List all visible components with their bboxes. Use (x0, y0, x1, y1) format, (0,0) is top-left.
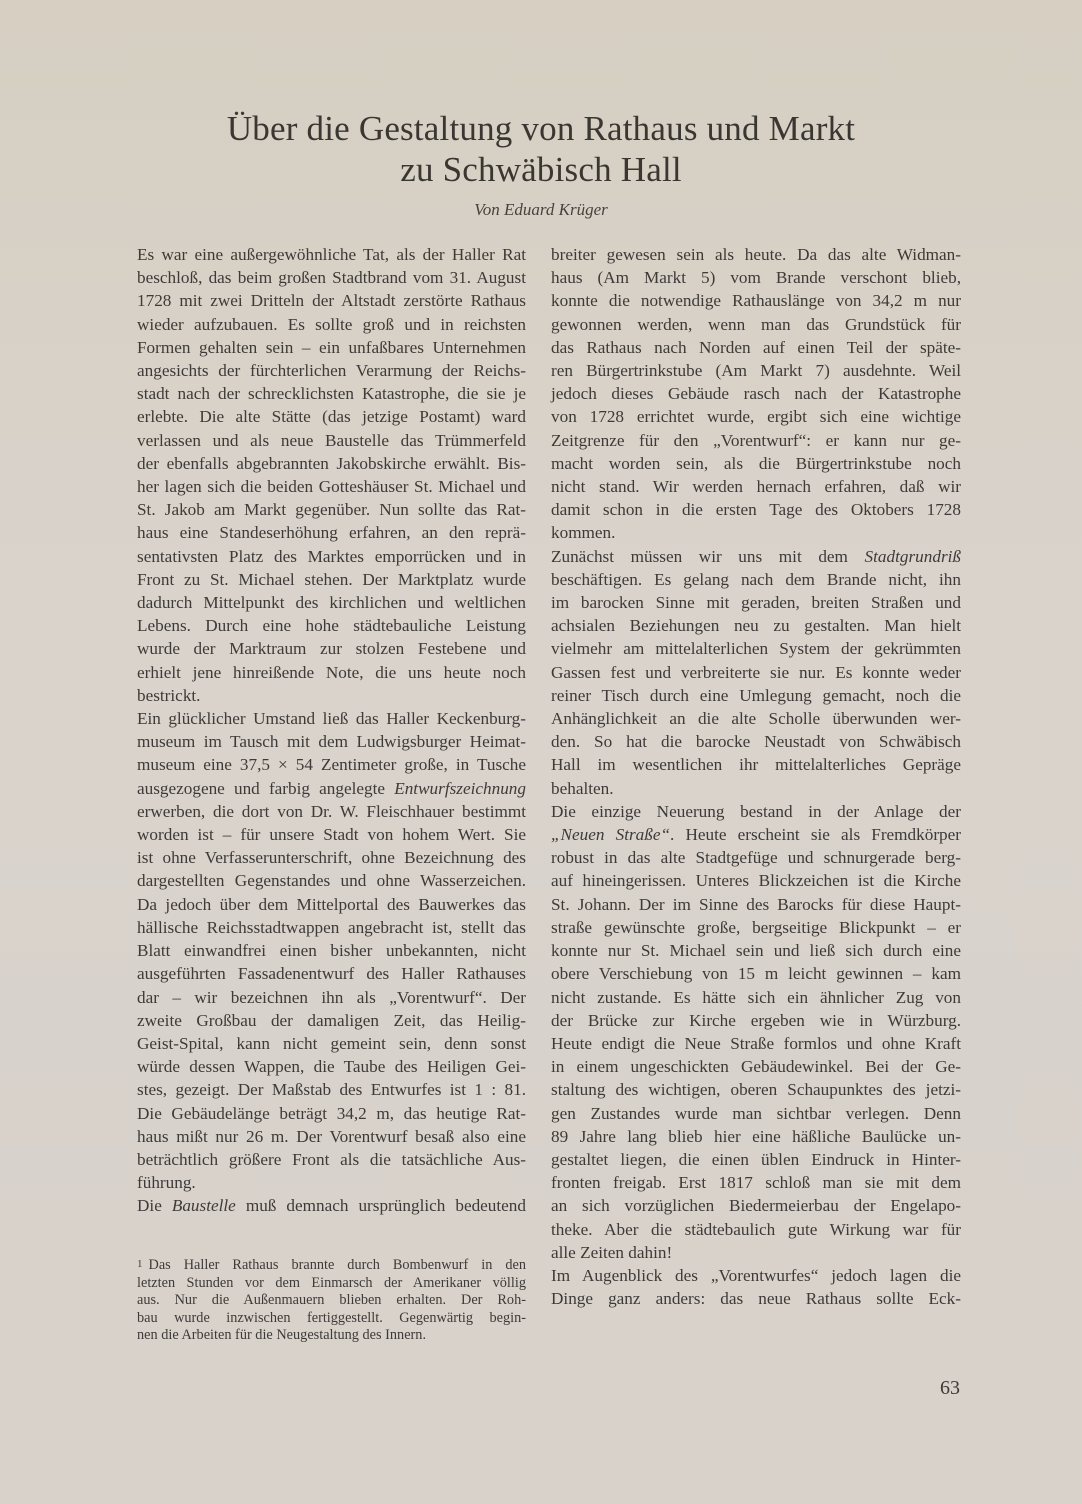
text-line: zweite Großbau der damaligen Zeit, das H… (137, 1009, 526, 1032)
text-line: führung. (137, 1171, 526, 1194)
text-line: von 1728 errichtet wurde, ergibt sich ei… (551, 405, 961, 428)
text-line: wieder aufzubauen. Es sollte groß und in… (137, 313, 526, 336)
text-line: erhielt jene hinreißende Note, die uns h… (137, 661, 526, 684)
text-line: wurde der Marktraum zur stolzen Festeben… (137, 637, 526, 660)
text-line: sentativsten Platz des Marktes emporrück… (137, 545, 526, 568)
text-line: fronten freigab. Erst 1817 schloß man si… (551, 1171, 961, 1194)
text-line: hällische Reichsstadtwappen angebracht i… (137, 916, 526, 939)
text-line: dargestellten Gegenstandes und ohne Wass… (137, 869, 526, 892)
text-line: macht worden sein, als die Bürgertrinkst… (551, 452, 961, 475)
text-line: gewonnen werden, wenn man das Grundstück… (551, 313, 961, 336)
text-line: breiter gewesen sein als heute. Da das a… (551, 243, 961, 266)
text-line: würde dessen Wappen, die Taube des Heili… (137, 1055, 526, 1078)
text-line: nicht zustande. Es hätte sich ein ähnlic… (551, 986, 961, 1009)
emphasis: Baustelle (172, 1196, 236, 1215)
text-line: dar – wir bezeichnen ihn als „Vorentwurf… (137, 986, 526, 1009)
footnote-marker: 1 (137, 1258, 143, 1270)
right-column-body-text: breiter gewesen sein als heute. Da das a… (551, 243, 961, 1310)
text-line: straße gewünschte große, bergseitige Bli… (551, 916, 961, 939)
text-line: vielmehr am mittelalterlichen System der… (551, 637, 961, 660)
text-line: den. So hat die barocke Neustadt von Sch… (551, 730, 961, 753)
emphasis: Entwurfszeichnung (394, 779, 526, 798)
text-line: „Neuen Straße“. Heute erscheint sie als … (551, 823, 961, 846)
text-line: haus (Am Markt 5) vom Brande verschont b… (551, 266, 961, 289)
text-line: Zunächst müssen wir uns mit dem Stadtgru… (551, 545, 961, 568)
text-line: alle Zeiten dahin! (551, 1241, 961, 1264)
text-line: Zeitgrenze für den „Vorentwurf“: er kann… (551, 429, 961, 452)
text-line: Formen gehalten sein – ein unfaßbares Un… (137, 336, 526, 359)
text-line: an sich vorzüglichen Biedermeierbau der … (551, 1194, 961, 1217)
text-line: nicht stand. Wir werden hernach erfahren… (551, 475, 961, 498)
text-line: Dinge ganz anders: das neue Rathaus soll… (551, 1287, 961, 1310)
text-line: museum eine 37,5 × 54 Zentimeter große, … (137, 753, 526, 776)
text-line: her lagen sich die beiden Gotteshäuser S… (137, 475, 526, 498)
footnote-line: letzten Stunden vor dem Einmarsch der Am… (137, 1275, 526, 1293)
text-line: Da jedoch über dem Mittelportal des Bauw… (137, 893, 526, 916)
left-column-body-text: Es war eine außergewöhnliche Tat, als de… (137, 243, 526, 1218)
text-line: Heute endigt die Neue Straße formlos und… (551, 1032, 961, 1055)
text-line: auf hineingerissen. Unteres Blickzeichen… (551, 869, 961, 892)
emphasis: Stadtgrundriß (865, 547, 961, 566)
text-line: Geist-Spital, kann nicht gemeint sein, d… (137, 1032, 526, 1055)
text-line: Im Augenblick des „Vorentwurfes“ jedoch … (551, 1264, 961, 1287)
text-line: ausgeführten Fassadenentwurf des Haller … (137, 962, 526, 985)
text-line: museum im Tausch mit dem Ludwigsburger H… (137, 730, 526, 753)
text-line: beträchtlich größere Front als die tatsä… (137, 1148, 526, 1171)
text-line: gen Zustandes wurde man sichtbar verlege… (551, 1102, 961, 1125)
emphasis: „Neuen Straße“ (551, 825, 670, 844)
text-line: Hall im wesentlichen ihr mittelalterlich… (551, 753, 961, 776)
text-line: stadt nach der schrecklichsten Katastrop… (137, 382, 526, 405)
text-line: verlassen und als neue Baustelle das Trü… (137, 429, 526, 452)
text-line: robust in das alte Stadtgefüge und schnu… (551, 846, 961, 869)
text-line: worden ist – für unsere Stadt von hohem … (137, 823, 526, 846)
text-line: angesichts der fürchterlichen Verarmung … (137, 359, 526, 382)
text-line: damit schon in die ersten Tage des Oktob… (551, 498, 961, 521)
text-line: gestaltet liegen, die einen üblen Eindru… (551, 1148, 961, 1171)
text-line: theke. Aber die städtebaulich gute Wirku… (551, 1218, 961, 1241)
text-line: Front zu St. Michael stehen. Der Marktpl… (137, 568, 526, 591)
text-line: ren Bürgertrinkstube (Am Markt 7) ausdeh… (551, 359, 961, 382)
footnote: 1Das Haller Rathaus brannte durch Bomben… (137, 1256, 526, 1345)
text-line: haus mißt nur 26 m. Der Vorentwurf besaß… (137, 1125, 526, 1148)
text-line: obere Verschiebung von 15 m leicht gewin… (551, 962, 961, 985)
text-line: in einem ungeschickten Gebäudewinkel. Be… (551, 1055, 961, 1078)
text-line: bestrickt. (137, 684, 526, 707)
text-line: dadurch Mittelpunkt des kirchlichen und … (137, 591, 526, 614)
footnote-line: aus. Nur die Außenmauern blieben erhalte… (137, 1292, 526, 1310)
text-line: beschäftigen. Es gelang nach dem Brande … (551, 568, 961, 591)
text-line: Es war eine außergewöhnliche Tat, als de… (137, 243, 526, 266)
title-line-1: Über die Gestaltung von Rathaus und Mark… (0, 108, 1082, 149)
text-line: Die Gebäudelänge beträgt 34,2 m, das heu… (137, 1102, 526, 1125)
text-line: ausgezogene und farbig angelegte Entwurf… (137, 777, 526, 800)
text-line: im barocken Sinne mit geraden, breiten S… (551, 591, 961, 614)
text-line: Lebens. Durch eine hohe städtebauliche L… (137, 614, 526, 637)
title-line-2: zu Schwäbisch Hall (0, 149, 1082, 190)
author-byline: Von Eduard Krüger (0, 200, 1082, 220)
text-line: reiner Tisch durch eine Umlegung gemacht… (551, 684, 961, 707)
text-line: der Brücke zur Kirche ergeben wie in Wür… (551, 1009, 961, 1032)
text-line: Die Baustelle muß demnach ursprünglich b… (137, 1194, 526, 1217)
page-number: 63 (940, 1377, 960, 1400)
text-line: jedoch dieses Gebäude rasch nach der Kat… (551, 382, 961, 405)
text-line: Gassen fest und verbreiterte sie nur. Es… (551, 661, 961, 684)
text-line: Anhänglichkeit an die alte Scholle überw… (551, 707, 961, 730)
text-line: staltung des wichtigen, oberen Schaupunk… (551, 1078, 961, 1101)
text-line: Ein glücklicher Umstand ließ das Haller … (137, 707, 526, 730)
text-line: kommen. (551, 521, 961, 544)
text-line: 1728 mit zwei Dritteln der Altstadt zers… (137, 289, 526, 312)
text-line: Die einzige Neuerung bestand in der Anla… (551, 800, 961, 823)
text-line: konnte die notwendige Rathauslänge von 3… (551, 289, 961, 312)
text-line: Blatt einwandfrei einen bisher unbekannt… (137, 939, 526, 962)
text-line: das Rathaus nach Norden auf einen Teil d… (551, 336, 961, 359)
text-line: 89 Jahre lang blieb hier eine häßliche B… (551, 1125, 961, 1148)
text-line: erlebte. Die alte Stätte (das jetzige Po… (137, 405, 526, 428)
text-line: beschloß, das beim großen Stadtbrand vom… (137, 266, 526, 289)
text-line: St. Jakob am Markt gegenüber. Nun sollte… (137, 498, 526, 521)
text-line: ist ohne Verfasserunterschrift, ohne Bez… (137, 846, 526, 869)
footnote-line: bau wurde inzwischen fertiggestellt. Geg… (137, 1310, 526, 1328)
text-line: behalten. (551, 777, 961, 800)
article-title: Über die Gestaltung von Rathaus und Mark… (0, 108, 1082, 190)
text-line: der ebenfalls abgebrannten Jakobskirche … (137, 452, 526, 475)
footnote-line: nen die Arbeiten für die Neugestaltung d… (137, 1327, 526, 1345)
text-line: achsialen Beziehungen neu zu gestalten. … (551, 614, 961, 637)
text-line: haus eine Standeserhöhung erfahren, an d… (137, 521, 526, 544)
text-line: erwerben, die dort von Dr. W. Fleischhau… (137, 800, 526, 823)
footnote-line: 1Das Haller Rathaus brannte durch Bomben… (137, 1256, 526, 1275)
text-line: konnte nur St. Michael sein und ließ sic… (551, 939, 961, 962)
text-line: St. Johann. Der im Sinne des Barocks für… (551, 893, 961, 916)
text-line: stes, gezeigt. Der Maßstab des Entwurfes… (137, 1078, 526, 1101)
